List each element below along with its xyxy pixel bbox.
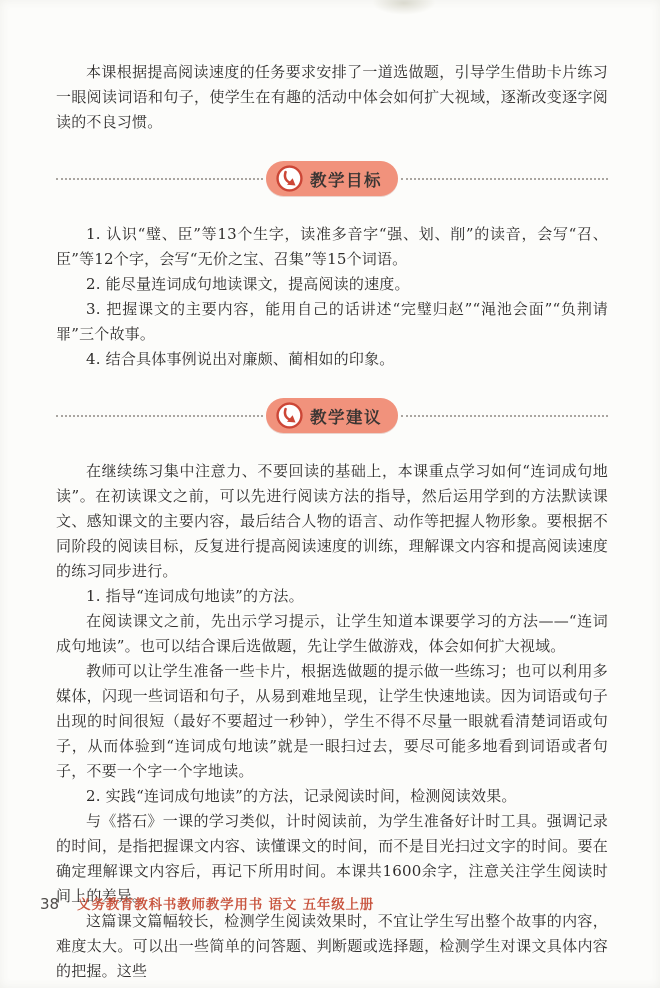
- section-header-objectives: 教学目标: [56, 161, 608, 196]
- suggestion-paragraph: 2. 实践“连词成句地读”的方法，记录阅读时间，检测阅读效果。: [56, 784, 608, 809]
- suggestion-paragraph: 教师可以让学生准备一些卡片，根据选做题的提示做一些练习；也可以利用多媒体，闪现一…: [56, 659, 608, 784]
- dotted-rule-right: [401, 178, 608, 180]
- section-header-suggestions: 教学建议: [56, 398, 608, 433]
- objectives-badge: 教学目标: [266, 161, 398, 196]
- suggestion-paragraph: 这篇课文篇幅较长，检测学生阅读效果时，不宜让学生写出整个故事的内容，难度太大。可…: [56, 909, 608, 984]
- page-content: 本课根据提高阅读速度的任务要求安排了一道选做题，引导学生借助卡片练习一眼阅读词语…: [0, 0, 660, 984]
- suggestions-title: 教学建议: [310, 404, 382, 428]
- objective-item: 2. 能尽量连词成句地读课文，提高阅读的速度。: [56, 272, 608, 297]
- page-footer: 38 义务教育教科书教师教学用书 语文 五年级上册: [40, 893, 374, 913]
- book-title: 义务教育教科书教师教学用书 语文 五年级上册: [77, 893, 374, 913]
- page-number: 38: [40, 895, 59, 913]
- dotted-rule-right: [401, 415, 608, 417]
- dotted-rule-left: [56, 415, 263, 417]
- objectives-title: 教学目标: [310, 167, 382, 191]
- circle-arrow-down-icon: [276, 402, 303, 429]
- intro-paragraph: 本课根据提高阅读速度的任务要求安排了一道选做题，引导学生借助卡片练习一眼阅读词语…: [56, 60, 608, 135]
- objective-item: 1. 认识“璧、臣”等13个生字，读准多音字“强、划、削”的读音，会写“召、臣”…: [56, 222, 608, 272]
- suggestion-paragraph: 1. 指导“连词成句地读”的方法。: [56, 584, 608, 609]
- circle-arrow-down-icon: [276, 165, 303, 192]
- objective-item: 3. 把握课文的主要内容，能用自己的话讲述“完璧归赵”“渑池会面”“负荆请罪”三…: [56, 297, 608, 347]
- book-page: 本课根据提高阅读速度的任务要求安排了一道选做题，引导学生借助卡片练习一眼阅读词语…: [0, 0, 660, 988]
- suggestion-paragraph: 在继续练习集中注意力、不要回读的基础上，本课重点学习如何“连词成句地读”。在初读…: [56, 459, 608, 584]
- dotted-rule-left: [56, 178, 263, 180]
- suggestion-paragraph: 在阅读课文之前，先出示学习提示，让学生知道本课要学习的方法——“连词成句地读”。…: [56, 609, 608, 659]
- suggestions-badge: 教学建议: [266, 398, 398, 433]
- objective-item: 4. 结合具体事例说出对廉颇、蔺相如的印象。: [56, 347, 608, 372]
